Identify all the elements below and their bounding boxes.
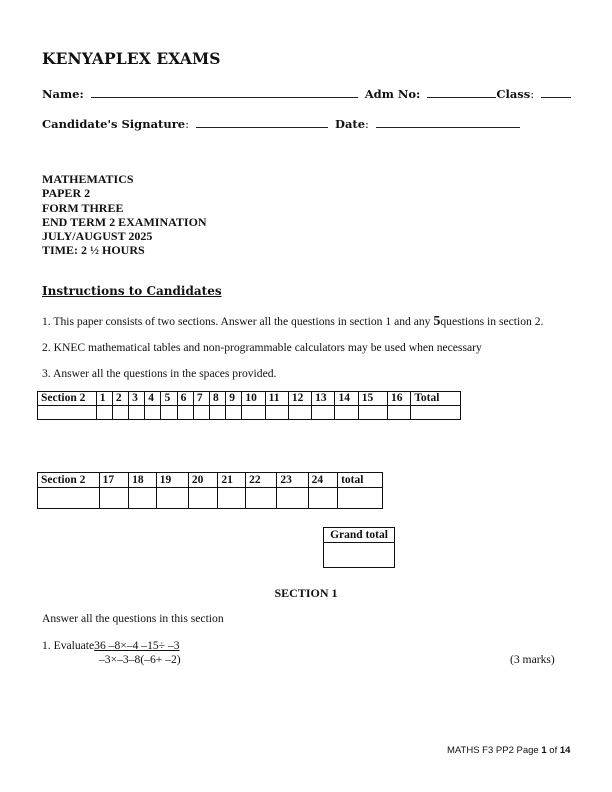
exam-duration: TIME: 2 ½ HOURS [42, 243, 207, 257]
section-label-cell: Section 2 [38, 392, 97, 406]
instruction-3: 3. Answer all the questions in the space… [42, 367, 276, 380]
exam-session: JULY/AUGUST 2025 [42, 229, 207, 243]
question-marks: (3 marks) [510, 653, 555, 666]
score-table-header-row: Section 21718192021222324total [38, 473, 383, 488]
question-header-cell: 8 [210, 392, 226, 406]
score-table-entry-row [38, 406, 461, 420]
page-footer: MATHS F3 PP2 Page 1 of 14 [447, 745, 570, 756]
score-entry-cell[interactable] [218, 488, 246, 509]
question-header-cell: 17 [99, 473, 128, 488]
exam-name: END TERM 2 EXAMINATION [42, 215, 207, 229]
question-header-cell: 21 [218, 473, 246, 488]
instruction-2: 2. KNEC mathematical tables and non-prog… [42, 341, 482, 354]
score-entry-cell[interactable] [38, 406, 97, 420]
question-header-cell: 15 [358, 392, 387, 406]
score-entry-cell[interactable] [129, 488, 157, 509]
question-header-cell: 16 [388, 392, 411, 406]
section-instruction: Answer all the questions in this section [42, 612, 224, 625]
score-table-header-row: Section 212345678910111213141516Total [38, 392, 461, 406]
score-entry-cell[interactable] [156, 488, 188, 509]
question-header-cell: 18 [129, 473, 157, 488]
signature-row: Candidate's Signature: Date: [42, 117, 523, 131]
question-header-cell: 23 [277, 473, 308, 488]
question-header-cell: 20 [188, 473, 217, 488]
score-table-entry-row [38, 488, 383, 509]
score-entry-cell[interactable] [388, 406, 411, 420]
question-header-cell: 22 [246, 473, 277, 488]
question-header-cell: 4 [145, 392, 161, 406]
question-header-cell: 12 [288, 392, 311, 406]
name-label: Name: [42, 87, 84, 101]
question-header-cell: 11 [265, 392, 288, 406]
question-header-cell: total [338, 473, 383, 488]
instruction-1: 1. This paper consists of two sections. … [42, 314, 543, 330]
score-entry-cell[interactable] [265, 406, 288, 420]
score-entry-cell[interactable] [112, 406, 128, 420]
question-header-cell: 2 [112, 392, 128, 406]
date-field[interactable] [376, 117, 520, 128]
score-entry-cell[interactable] [177, 406, 193, 420]
student-details-row: Name: Adm No: Class: [42, 87, 574, 101]
question-header-cell: 24 [308, 473, 337, 488]
question-header-cell: 1 [96, 392, 112, 406]
class-label: Class: [496, 87, 534, 101]
question-header-cell: 6 [177, 392, 193, 406]
score-entry-cell[interactable] [411, 406, 461, 420]
instructions-heading: Instructions to Candidates [42, 284, 222, 298]
class-field[interactable] [541, 87, 571, 98]
page-total: 14 [560, 745, 571, 756]
signature-field[interactable] [196, 117, 328, 128]
paper: PAPER 2 [42, 186, 207, 200]
subject: MATHEMATICS [42, 172, 207, 186]
question-header-cell: Total [411, 392, 461, 406]
score-entry-cell[interactable] [99, 488, 128, 509]
score-entry-cell[interactable] [246, 488, 277, 509]
score-entry-cell[interactable] [210, 406, 226, 420]
exam-provider-title: KENYAPLEX EXAMS [42, 49, 221, 68]
signature-label: Candidate's Signature: [42, 117, 189, 131]
score-entry-cell[interactable] [277, 488, 308, 509]
question-header-cell: 10 [242, 392, 265, 406]
question-header-cell: 9 [226, 392, 242, 406]
fraction-numerator: 36 –8×–4 –15÷ –3 [94, 639, 179, 652]
fraction-denominator: –3×–3–8(–6+ –2) [99, 653, 181, 666]
score-entry-cell[interactable] [338, 488, 383, 509]
score-entry-cell[interactable] [242, 406, 265, 420]
score-entry-cell[interactable] [145, 406, 161, 420]
score-entry-cell[interactable] [288, 406, 311, 420]
score-entry-cell[interactable] [188, 488, 217, 509]
score-entry-cell[interactable] [226, 406, 242, 420]
grand-total-label: Grand total [324, 528, 395, 543]
question-header-cell: 7 [193, 392, 209, 406]
question-header-cell: 3 [129, 392, 145, 406]
question-header-cell: 14 [335, 392, 358, 406]
score-table-questions-1-16: Section 212345678910111213141516Total [37, 391, 461, 420]
question-header-cell: 13 [312, 392, 335, 406]
score-entry-cell[interactable] [129, 406, 145, 420]
score-entry-cell[interactable] [38, 488, 100, 509]
exam-info: MATHEMATICS PAPER 2 FORM THREE END TERM … [42, 172, 207, 258]
adm-no-field[interactable] [427, 87, 496, 98]
question-header-cell: 5 [161, 392, 177, 406]
question-number: 1. [42, 639, 51, 652]
score-entry-cell[interactable] [335, 406, 358, 420]
date-label: Date: [335, 117, 369, 131]
section-label-cell: Section 2 [38, 473, 100, 488]
score-table-questions-17-24: Section 21718192021222324total [37, 472, 383, 509]
section-heading: SECTION 1 [0, 586, 612, 601]
adm-no-label: Adm No: [365, 87, 421, 101]
score-entry-cell[interactable] [308, 488, 337, 509]
grand-total-table: Grand total [323, 527, 395, 568]
score-entry-cell[interactable] [96, 406, 112, 420]
score-entry-cell[interactable] [161, 406, 177, 420]
score-entry-cell[interactable] [358, 406, 387, 420]
form-level: FORM THREE [42, 201, 207, 215]
question-header-cell: 19 [156, 473, 188, 488]
question-1: 1. Evaluate36 –8×–4 –15÷ –3 [42, 639, 180, 652]
score-entry-cell[interactable] [312, 406, 335, 420]
question-prompt: Evaluate [54, 639, 95, 652]
name-field[interactable] [91, 87, 358, 98]
grand-total-cell[interactable] [324, 543, 395, 568]
score-entry-cell[interactable] [193, 406, 209, 420]
